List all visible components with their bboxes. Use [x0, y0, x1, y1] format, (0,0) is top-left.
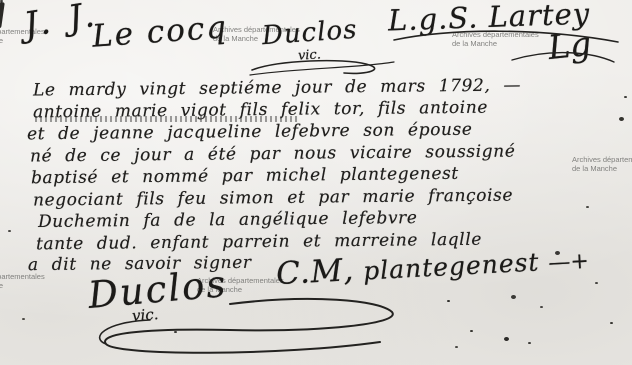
signature-duclos-top-title: vic.	[298, 47, 322, 63]
ink-specks	[0, 0, 2, 2]
watermark-line2: de la Manche	[452, 39, 539, 48]
watermark-line2: de la Manche	[572, 164, 632, 173]
watermark: Archives départementales de la Manche	[572, 155, 632, 173]
pixel-artifact-band	[35, 116, 298, 122]
plantegenest-end-mark: —+	[548, 249, 590, 276]
edge-ink-stroke	[0, 2, 5, 28]
duclos-top-flourish	[248, 56, 398, 78]
signature-duclos-bottom-title: vic.	[131, 305, 159, 325]
document-scan: Archives départementales de la Manche Ar…	[0, 0, 632, 365]
watermark-line1: Archives départementales	[572, 155, 632, 164]
body-line: baptisé et nommé par michel plantegenest	[31, 164, 459, 188]
plantegenest-name: plantegenest	[354, 247, 541, 286]
signature-duclos-top: Duclos	[261, 15, 358, 52]
body-line: Duchemin fa de la angélique lefebvre	[38, 208, 418, 232]
body-line: et de jeanne jacqueline lefebvre son épo…	[27, 120, 473, 145]
signature-lartey-paraph: Lg	[546, 24, 593, 67]
plantegenest-monogram: C.M,	[275, 252, 355, 292]
body-line: Le mardy vingt septiéme jour de mars 179…	[33, 75, 521, 100]
folio-mark: J. J.	[21, 0, 101, 46]
body-line: né de ce jour a été par nous vicaire sou…	[30, 141, 516, 166]
signature-lecocq: Le cocq	[91, 9, 229, 54]
body-line: negociant fils feu simon et par marie fr…	[33, 185, 513, 210]
watermark-line2: de la Manche	[0, 281, 45, 290]
